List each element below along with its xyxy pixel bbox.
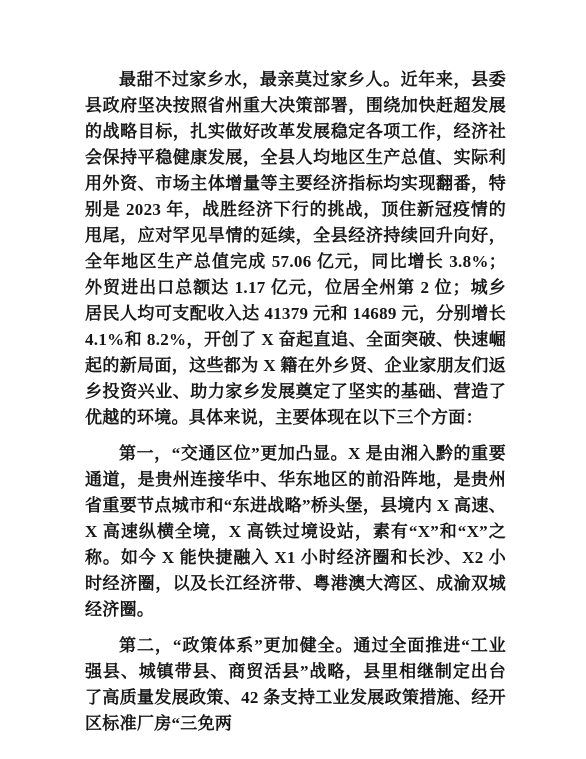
document-page: 最甜不过家乡水，最亲莫过家乡人。近年来，县委县政府坚决按照省州重大决策部署，围绕…: [0, 0, 586, 759]
paragraph-first-transport-location: 第一，“交通区位”更加凸显。X 是由湘入黔的重要通道，是贵州连接华中、华东地区的…: [85, 441, 506, 623]
paragraph-intro-economy: 最甜不过家乡水，最亲莫过家乡人。近年来，县委县政府坚决按照省州重大决策部署，围绕…: [85, 67, 506, 431]
paragraph-second-policy-system: 第二，“政策体系”更加健全。通过全面推进“工业强县、城镇带县、商贸活县”战略，县…: [85, 633, 506, 737]
